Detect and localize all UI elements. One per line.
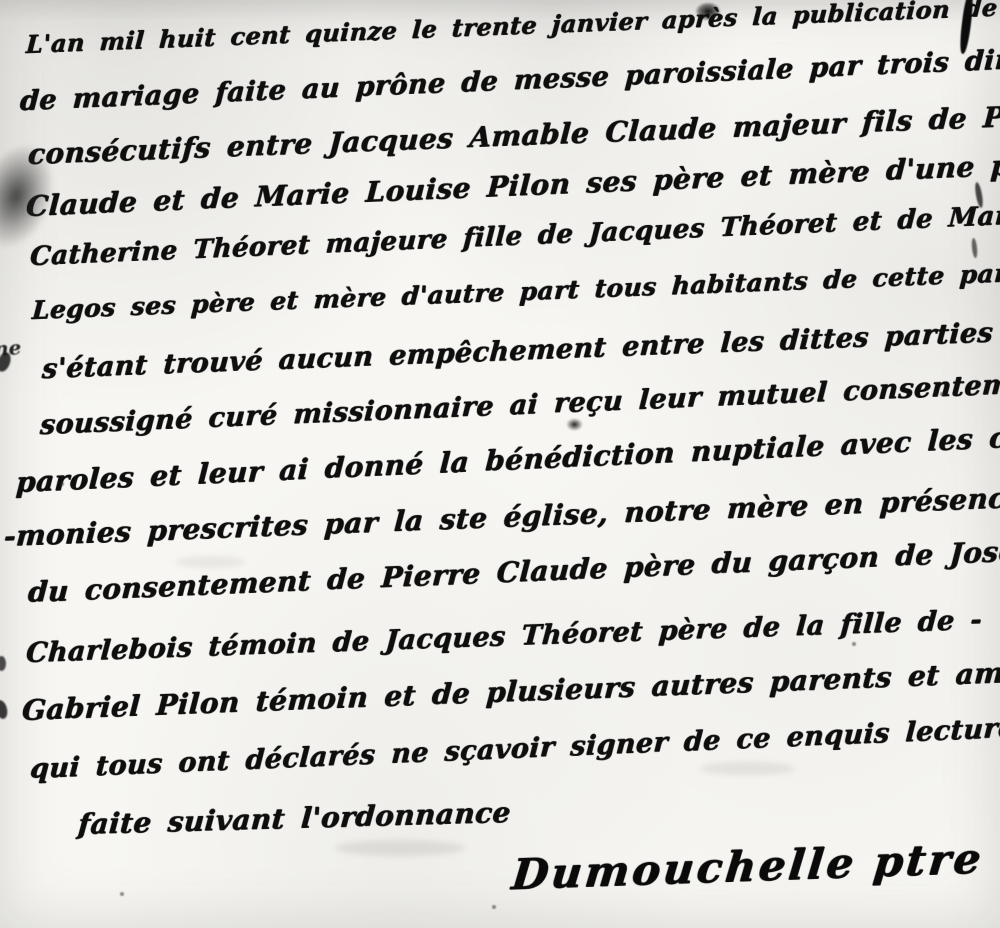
bleed-through-ghost (175, 556, 245, 568)
document-page: L'an mil huit cent quinze le trente janv… (0, 0, 1000, 928)
handwritten-line: Gabriel Pilon témoin et de plusieurs aut… (21, 655, 1000, 727)
margin-note: ne (0, 335, 22, 361)
priest-signature: Dumouchelle ptre (509, 833, 986, 899)
bleed-through-ghost (700, 762, 795, 775)
edge-ink-mark (0, 656, 6, 671)
paper-speck (492, 905, 496, 909)
handwritten-line: qui tous ont déclarés ne sçavoir signer … (29, 713, 1000, 785)
ink-blot (566, 418, 583, 431)
edge-ink-mark (0, 699, 9, 720)
handwritten-line: s'étant trouvé aucun empêchement entre l… (41, 316, 1000, 385)
paper-speck (120, 892, 124, 896)
paper-speck (852, 642, 856, 646)
handwritten-line: faite suivant l'ordonnance (77, 796, 512, 841)
ink-mark (971, 238, 978, 258)
handwritten-line: Charlebois témoin de Jacques Théoret pèr… (25, 605, 983, 669)
bleed-through-ghost (335, 840, 465, 856)
